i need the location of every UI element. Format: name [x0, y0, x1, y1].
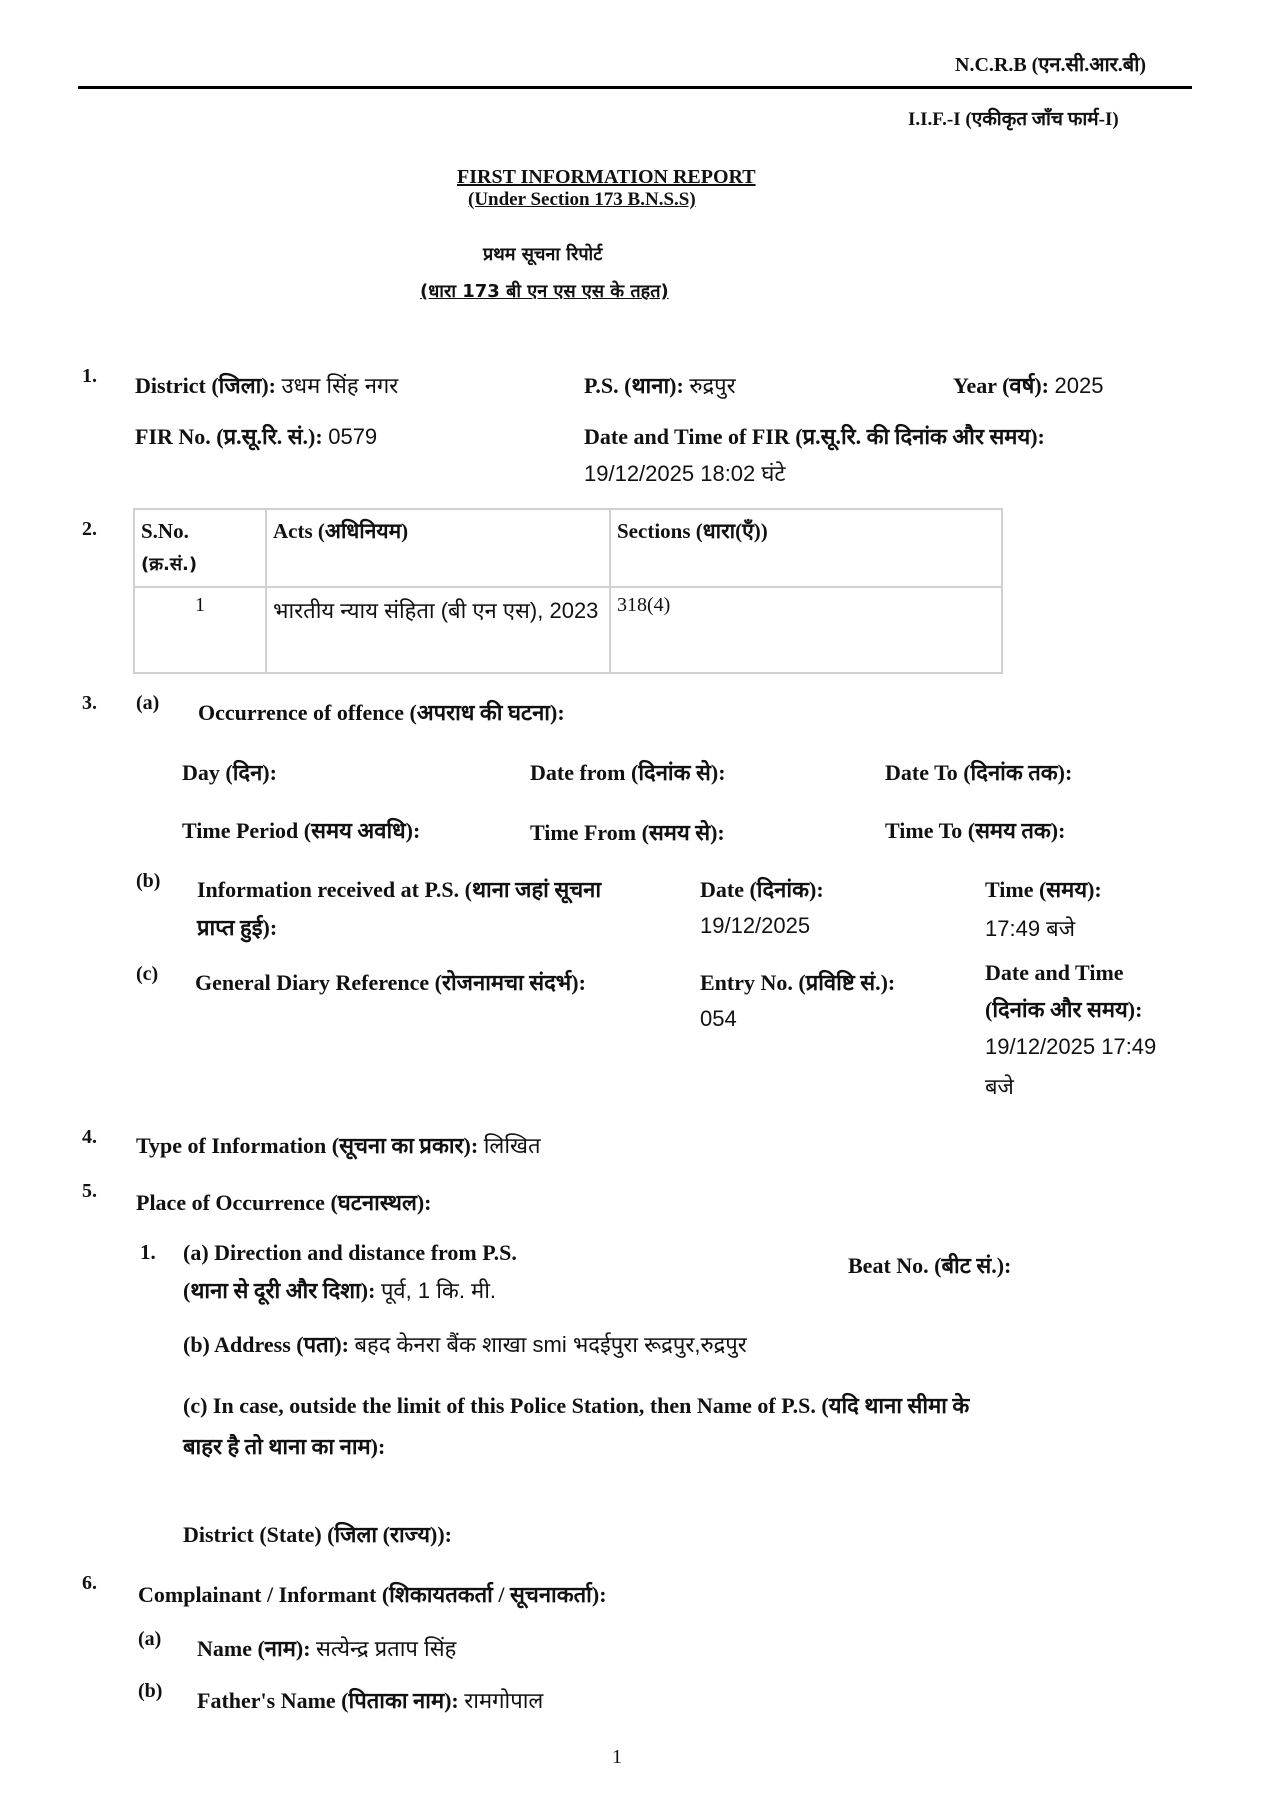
section-5-number: 5.: [82, 1180, 97, 1203]
father-name-value: रामगोपाल: [464, 1688, 543, 1713]
gd-datetime-label-line1: Date and Time: [985, 960, 1124, 986]
section-6b-marker: (b): [138, 1680, 162, 1703]
section-4-number: 4.: [82, 1126, 97, 1149]
ncrb-label: N.C.R.B (एन.सी.आर.बी): [955, 50, 1146, 77]
year-value: 2025: [1055, 373, 1104, 398]
header-sections: Sections (धारा(एँ)): [610, 509, 1002, 587]
day-label: Day (दिन):: [182, 757, 277, 787]
header-sno: S.No. (क्र.सं.): [134, 509, 266, 587]
acts-sections-table: S.No. (क्र.सं.) Acts (अधिनियम) Sections …: [133, 508, 1003, 674]
header-rule: [78, 86, 1192, 89]
direction-field: (थाना से दूरी और दिशा): पूर्व, 1 कि. मी.: [183, 1275, 496, 1305]
direction-value: पूर्व, 1 कि. मी.: [381, 1278, 496, 1303]
date-to-label: Date To (दिनांक तक):: [885, 757, 1072, 787]
address-value: बहद केनरा बैंक शाखा smi भदईपुरा रूद्रपुर…: [355, 1332, 747, 1357]
outside-ps-label-line1: (c) In case, outside the limit of this P…: [183, 1390, 969, 1420]
direction-label-line2: (थाना से दूरी और दिशा):: [183, 1278, 375, 1303]
district-field: District (जिला): उधम सिंह नगर: [135, 370, 398, 400]
time-to-label: Time To (समय तक):: [885, 815, 1065, 845]
time-from-label: Time From (समय से):: [530, 817, 725, 847]
outside-ps-label-line2: बाहर है तो थाना का नाम):: [183, 1431, 385, 1461]
row-sections: 318(4): [610, 587, 1002, 673]
section-3-number: 3.: [82, 692, 97, 715]
header-sno-line1: S.No.: [141, 514, 259, 548]
fir-datetime-label: Date and Time of FIR (प्र.सू.रि. की दिना…: [584, 421, 1045, 451]
info-type-field: Type of Information (सूचना का प्रकार): ल…: [136, 1130, 541, 1160]
info-received-label-line2: प्राप्त हुई):: [197, 912, 277, 942]
info-type-label: Type of Information (सूचना का प्रकार):: [136, 1133, 478, 1158]
gd-datetime-value-line1: 19/12/2025 17:49: [985, 1034, 1156, 1060]
place-label: Place of Occurrence (घटनास्थल):: [136, 1187, 432, 1217]
info-date-label: Date (दिनांक):: [700, 874, 824, 904]
gd-entry-label: Entry No. (प्रविष्टि सं.):: [700, 967, 895, 997]
year-label: Year (वर्ष):: [953, 373, 1049, 398]
table-row: 1 भारतीय न्याय संहिता (बी एन एस), 2023 3…: [134, 587, 1002, 673]
district-value: उधम सिंह नगर: [281, 373, 398, 398]
beat-number-label: Beat No. (बीट सं.):: [848, 1250, 1011, 1280]
address-label: (b) Address (पता):: [183, 1332, 349, 1357]
complainant-name-field: Name (नाम): सत्येन्द्र प्रताप सिंह: [197, 1633, 456, 1663]
fir-datetime-value: 19/12/2025 18:02 घंटे: [584, 458, 785, 488]
complainant-label: Complainant / Informant (शिकायतकर्ता / स…: [138, 1579, 607, 1609]
year-field: Year (वर्ष): 2025: [953, 370, 1103, 400]
complainant-name-value: सत्येन्द्र प्रताप सिंह: [316, 1636, 456, 1661]
complainant-name-label: Name (नाम):: [197, 1636, 311, 1661]
place-subitem-number: 1.: [140, 1240, 156, 1265]
section-3a-marker: (a): [136, 692, 159, 715]
ps-value: रुद्रपुर: [689, 373, 735, 398]
info-time-label: Time (समय):: [985, 874, 1102, 904]
date-from-label: Date from (दिनांक से):: [530, 757, 726, 787]
form-label: I.I.F.-I (एकीकृत जाँच फार्म-I): [908, 105, 1119, 131]
section-3b-marker: (b): [136, 870, 160, 893]
fir-number-label: FIR No. (प्र.सू.रि. सं.):: [135, 424, 323, 449]
info-date-value: 19/12/2025: [700, 913, 810, 939]
section-1-number: 1.: [82, 365, 97, 388]
section-3c-marker: (c): [136, 963, 158, 986]
header-sno-line2: (क्र.सं.): [141, 548, 259, 582]
address-field: (b) Address (पता): बहद केनरा बैंक शाखा s…: [183, 1329, 747, 1359]
subtitle-hi: (धारा 173 बी एन एस एस के तहत): [420, 279, 669, 303]
gd-datetime-label-line2: (दिनांक और समय):: [985, 994, 1142, 1024]
title-en: FIRST INFORMATION REPORT: [457, 166, 756, 189]
table-header-row: S.No. (क्र.सं.) Acts (अधिनियम) Sections …: [134, 509, 1002, 587]
occurrence-label: Occurrence of offence (अपराध की घटना):: [198, 697, 565, 727]
gd-datetime-value-line2: बजे: [985, 1071, 1014, 1101]
section-2-number: 2.: [82, 518, 97, 541]
info-time-value: 17:49 बजे: [985, 913, 1075, 943]
fir-number-value: 0579: [328, 424, 377, 449]
section-6a-marker: (a): [138, 1628, 161, 1651]
father-name-field: Father's Name (पिताका नाम): रामगोपाल: [197, 1685, 543, 1715]
info-received-label-line1: Information received at P.S. (थाना जहां …: [197, 874, 601, 904]
info-type-value: लिखित: [484, 1133, 541, 1158]
fir-number-field: FIR No. (प्र.सू.रि. सं.): 0579: [135, 421, 377, 451]
header-acts: Acts (अधिनियम): [266, 509, 610, 587]
district-state-label: District (State) (जिला (राज्य)):: [183, 1519, 452, 1549]
subtitle-en: (Under Section 173 B.N.S.S): [468, 189, 696, 211]
district-label: District (जिला):: [135, 373, 276, 398]
ps-field: P.S. (थाना): रुद्रपुर: [584, 370, 736, 400]
ps-label: P.S. (थाना):: [584, 373, 684, 398]
time-period-label: Time Period (समय अवधि):: [182, 815, 420, 845]
gd-entry-value: 054: [700, 1006, 737, 1032]
gd-reference-label: General Diary Reference (रोजनामचा संदर्भ…: [195, 967, 586, 997]
page-number: 1: [612, 1746, 622, 1769]
row-sno: 1: [134, 587, 266, 673]
father-name-label: Father's Name (पिताका नाम):: [197, 1688, 459, 1713]
direction-label-line1: (a) Direction and distance from P.S.: [183, 1240, 517, 1266]
title-hi: प्रथम सूचना रिपोर्ट: [483, 242, 602, 266]
row-act: भारतीय न्याय संहिता (बी एन एस), 2023: [266, 587, 610, 673]
section-6-number: 6.: [82, 1572, 97, 1595]
